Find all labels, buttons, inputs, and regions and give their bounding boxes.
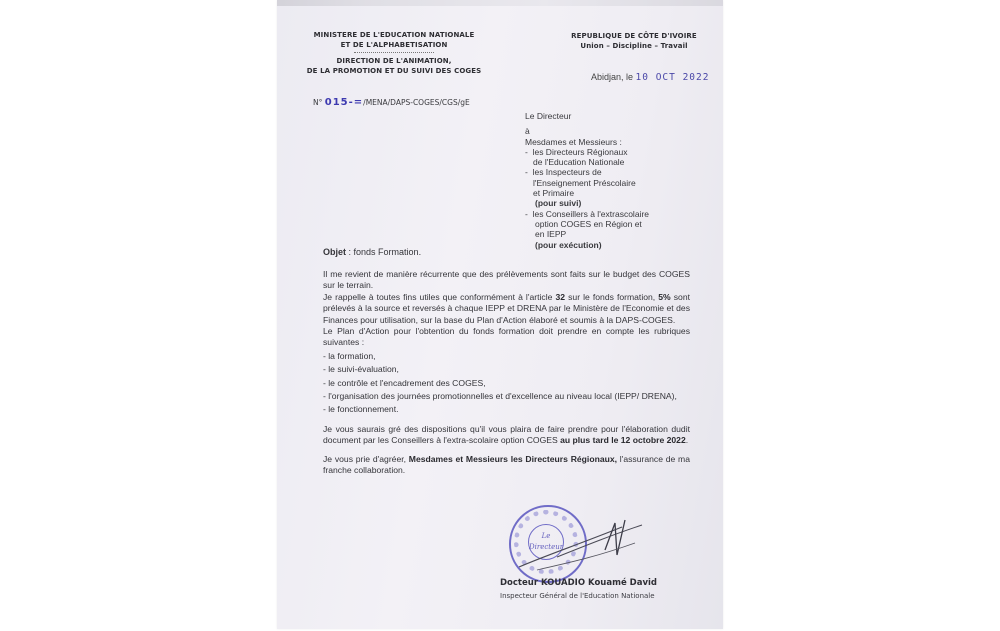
addressee-line: et Primaire [525,188,695,198]
addressee-line: en IEPP [525,229,695,239]
republic-header: REPUBLIQUE DE CÔTE D'IVOIRE Union – Disc… [559,31,709,51]
letter-object: Objet : fonds Formation. [323,247,421,257]
rubrique-item: - la formation, [323,351,690,362]
addressee-to: à [525,126,695,136]
direction-line-1: DIRECTION DE L'ANIMATION, [299,56,489,66]
direction-line-2: DE LA PROMOTION ET DU SUIVI DES COGES [299,66,489,76]
addressee-item: - les Directeurs Régionaux de l'Educatio… [525,147,695,168]
header-separator [354,52,434,53]
letter-date: Abidjan, le 10 OCT 2022 [591,72,709,83]
signatory-name: Docteur KOUADIO Kouamé David [500,578,657,588]
addressee-note: (pour suivi) [525,198,695,208]
addressee-line: les Directeurs Régionaux [533,147,628,157]
rubrique-item: - l'organisation des journées promotionn… [323,391,690,402]
reference-handwritten-number: 015-= [325,97,363,108]
rubrique-item: - le contrôle et l'encadrement des COGES… [323,378,690,389]
date-prefix: Abidjan, le [591,72,633,82]
reference-number: N° 015-=/MENA/DAPS-COGES/CGS/gE [313,97,470,108]
text: sur le fonds formation, [565,292,658,302]
bullet: - [525,167,528,177]
paragraph-3: Le Plan d'Action pour l'obtention du fon… [323,326,690,349]
addressee-block: Le Directeur à Mesdames et Messieurs : -… [525,111,695,250]
article-number: 32 [555,292,565,302]
text: Je vous prie d'agréer, [323,454,409,464]
addressee-note: (pour exécution) [525,240,695,250]
object-label: Objet [323,247,346,257]
addressee-line: l'Enseignement Préscolaire [525,178,695,188]
addressee-item: - les Conseillers à l'extrascolaire opti… [525,209,695,250]
deadline: au plus tard le 12 octobre 2022 [560,435,686,445]
rubrique-item: - le suivi-évaluation, [323,364,690,375]
rubrique-item: - le fonctionnement. [323,404,690,415]
paragraph-1: Il me revient de manière récurrente que … [323,269,690,292]
addressee-emphasis: Mesdames et Messieurs les Directeurs Rég… [409,454,617,464]
addressee-line: les Conseillers à l'extrascolaire [533,209,649,219]
country-name: REPUBLIQUE DE CÔTE D'IVOIRE [559,31,709,41]
paragraph-2: Je rappelle à toutes fins utiles que con… [323,292,690,326]
text: Je rappelle à toutes fins utiles que con… [323,292,555,302]
ministry-line-2: ET DE L'ALPHABETISATION [299,40,489,50]
percentage: 5% [658,292,670,302]
paragraph-4: Je vous saurais gré des dispositions qu'… [323,424,690,447]
bullet: - [525,147,528,157]
object-value: : fonds Formation. [349,247,422,257]
handwritten-signature [517,515,647,575]
paragraph-5: Je vous prie d'agréer, Mesdames et Messi… [323,454,690,477]
bullet: - [525,209,528,219]
ministry-line-1: MINISTERE DE L'EDUCATION NATIONALE [299,30,489,40]
national-motto: Union – Discipline – Travail [559,41,709,51]
sender: Le Directeur [525,111,695,121]
date-stamp: 10 OCT 2022 [636,72,710,83]
letter-body: Il me revient de manière récurrente que … [323,269,690,477]
addressee-item: - les Inspecteurs de l'Enseignement Prés… [525,167,695,208]
ministry-header: MINISTERE DE L'EDUCATION NATIONALE ET DE… [299,30,489,76]
text: . [686,435,688,445]
letter-page: MINISTERE DE L'EDUCATION NATIONALE ET DE… [277,0,723,629]
addressee-salutation: Mesdames et Messieurs : [525,137,695,147]
addressee-line: de l'Education Nationale [525,157,695,167]
addressee-line: les Inspecteurs de [533,167,602,177]
top-bleed-strip [277,0,723,6]
addressee-line: option COGES en Région et [525,219,695,229]
signatory-title: Inspecteur Général de l'Education Nation… [500,592,655,600]
reference-suffix: /MENA/DAPS-COGES/CGS/gE [363,98,470,107]
reference-label: N° [313,98,322,107]
